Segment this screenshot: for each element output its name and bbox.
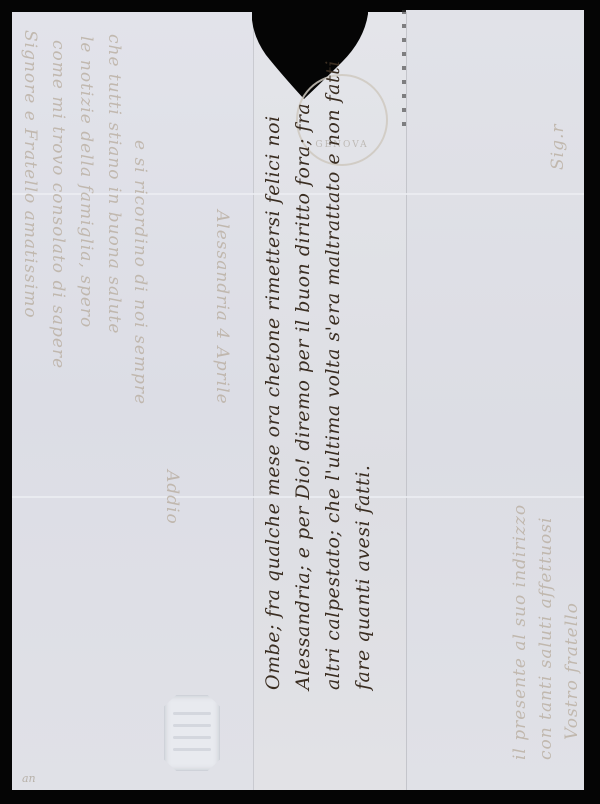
left-faded-line: e si ricordino di noi sempre <box>130 140 150 405</box>
center-text-line: Alessandria; e per Dio! diremo per il bu… <box>292 103 314 690</box>
left-faded-line: come mi trovo consolato di sapere <box>48 40 68 369</box>
center-text-line: altri calpestato; che l'ultima volta s'e… <box>322 60 344 690</box>
left-faded-line: le notizie della famiglia, spero <box>76 36 96 328</box>
right-faded-line: Vostro fratello <box>562 602 582 740</box>
center-text-line: fare quanti avesi fatti. <box>352 465 374 690</box>
center-text-line: Ombe; fra qualche mese ora chetone rimet… <box>262 115 284 690</box>
left-faded-line: che tutti stiano in buona salute <box>104 34 124 334</box>
right-faded-line: Sig.r <box>548 124 568 171</box>
right-faded-line: con tanti saluti affettuosi <box>536 517 556 760</box>
embossed-seal-icon <box>164 695 220 771</box>
left-faded-line: Addio <box>162 470 182 525</box>
right-faded-line: il presente al suo indirizzo <box>510 504 530 760</box>
corner-note: an <box>22 772 36 785</box>
edge-marks <box>402 10 406 130</box>
left-faded-line: Signore e Fratello amatissimo <box>20 30 40 319</box>
date-line: Alessandria 4 Aprile <box>212 210 232 405</box>
